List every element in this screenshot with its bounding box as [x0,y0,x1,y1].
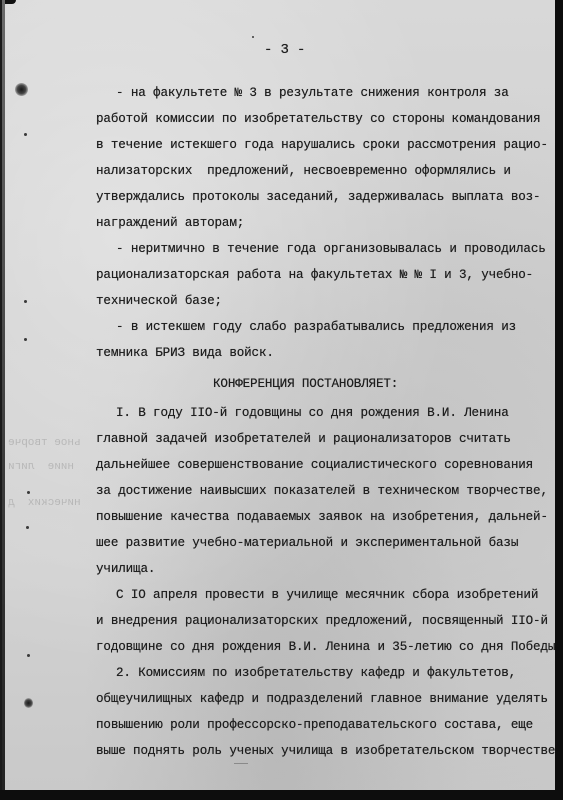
paragraph-line: 2. Комиссиям по изобретательству кафедр … [116,666,516,680]
speck [27,654,30,657]
scan-border-right [555,0,563,800]
paragraph-line: - неритмично в течение года организовыва… [116,242,546,256]
show-through-text: ьное творче [8,437,81,449]
page-number: - 3 - [264,42,305,58]
paragraph-line: - на факультете № 3 в результате снижени… [116,86,509,100]
section-heading: КОНФЕРЕНЦИЯ ПОСТАНОВЛЯЕТ: [213,377,398,391]
smudge-mark [234,763,248,764]
speck [27,491,30,494]
scan-border-bottom [0,790,563,800]
page-left-edge [2,0,5,790]
document-page: ьное творче ниие лиги нических д - 3 - -… [2,0,555,790]
paragraph-line: дальнейшее совершенствование социалистич… [96,458,533,472]
paragraph-line: и внедрения рационализаторских предложен… [96,614,548,628]
paragraph-line: утверждались протоколы заседаний, задерж… [96,190,540,204]
speck [26,526,29,529]
paragraph-line: работой комиссии по изобретательству со … [96,112,540,126]
paragraph-line: повышению роли профессорско-преподавател… [96,718,533,732]
paragraph-line: награждений авторам; [96,216,244,230]
paragraph-line: за достижение наивысших показателей в те… [96,484,548,498]
paragraph-line: рационализаторская работа на факультетах… [96,268,533,282]
speck [24,133,27,136]
paragraph-line: годовщине со дня рождения В.И. Ленина и … [96,640,555,654]
show-through-text: нических д [8,497,81,509]
paragraph-line: нализаторских предложений, несвоевременн… [96,164,511,178]
paragraph-line: С IO апреля провести в училище месячник … [116,588,538,602]
punch-hole-top [15,83,28,96]
speck [24,300,27,303]
paragraph-line: I. В году IIO-й годовщины со дня рождени… [116,406,509,420]
paragraph-line: училища. [96,562,155,576]
paragraph-line: в течение истекшего года нарушались срок… [96,138,548,152]
paragraph-line: выше поднять роль ученых училища в изобр… [96,744,555,758]
paragraph-line: шее развитие учебно-материальной и экспе… [96,536,518,550]
punch-hole-bottom [24,698,33,708]
paragraph-line: общеучилищных кафедр и подразделений гла… [96,692,548,706]
show-through-text: ниие лиги [8,461,74,473]
paragraph-line: темника БРИЗ вида войск. [96,346,274,360]
paragraph-line: повышение качества подаваемых заявок на … [96,510,548,524]
paragraph-line: - в истекшем году слабо разрабатывались … [116,320,516,334]
speck [24,338,27,341]
speck [252,36,254,38]
paragraph-line: главной задачей изобретателей и рационал… [96,432,511,446]
paragraph-line: технической базе; [96,294,222,308]
